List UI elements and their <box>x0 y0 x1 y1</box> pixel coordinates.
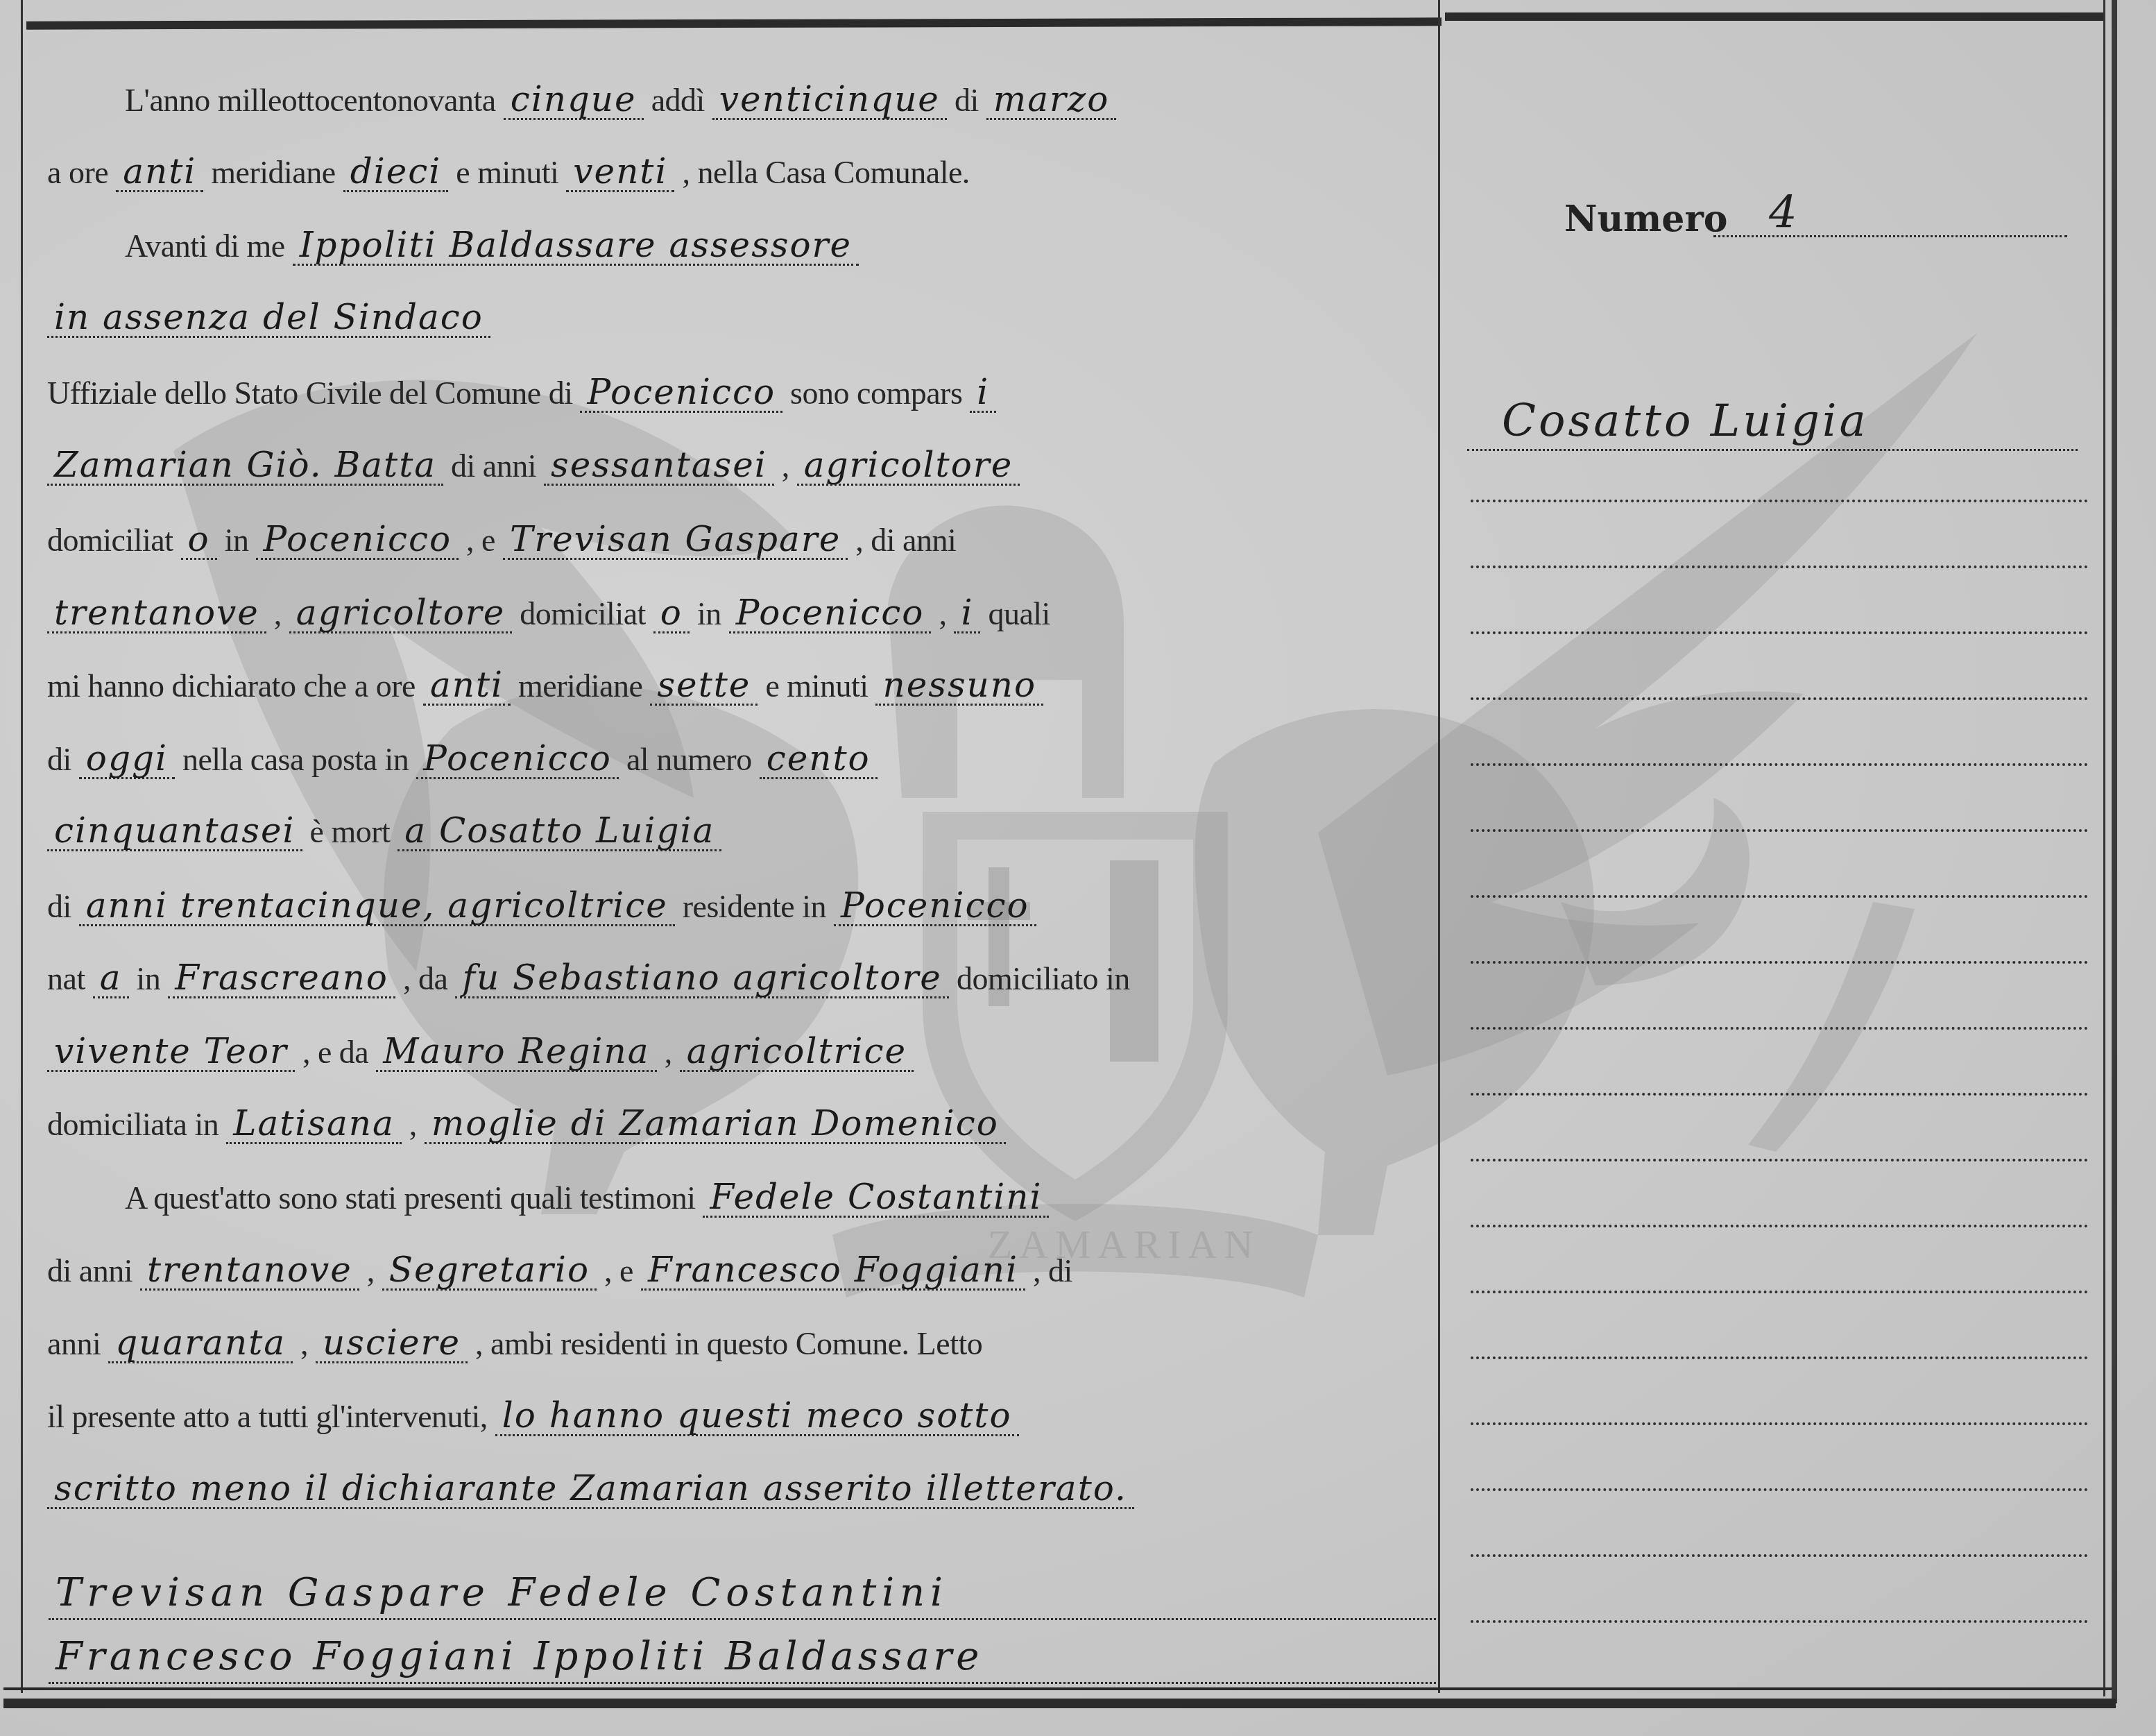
handwritten-entry: marzo <box>986 82 1117 120</box>
margin-ruled-line <box>1471 1422 2088 1425</box>
signatures-row-2: Francesco Foggiani Ippoliti Baldassare <box>49 1637 991 1678</box>
handwritten-entry: anti <box>423 667 511 706</box>
handwritten-entry: Ippoliti Baldassare assessore <box>293 228 859 266</box>
handwritten-entry: Pocenicco <box>834 888 1036 926</box>
handwritten-entry: a <box>93 960 129 998</box>
printed-text: quali <box>980 596 1050 631</box>
margin-ruled-line <box>1471 631 2088 634</box>
margin-ruled-line <box>1471 1356 2088 1359</box>
handwritten-entry: i <box>970 375 996 413</box>
printed-text: L'anno milleottocentonovanta <box>125 83 504 118</box>
handwritten-entry: scritto meno il dichiarante Zamarian ass… <box>47 1471 1134 1509</box>
printed-text: meridiane <box>511 668 650 704</box>
printed-text: Avanti di me <box>125 228 293 264</box>
printed-text: , ambi residenti in questo Comune. Letto <box>468 1326 982 1361</box>
top-rule-right <box>1445 12 2104 21</box>
handwritten-entry: anti <box>116 154 203 192</box>
printed-text: e minuti <box>448 155 566 190</box>
printed-text: , nella Casa Comunale. <box>674 155 969 190</box>
handwritten-entry: trentanove <box>140 1252 359 1291</box>
left-border <box>21 0 23 1693</box>
handwritten-entry: vivente Teor <box>47 1034 295 1072</box>
record-number: 4 <box>1713 187 2067 237</box>
handwritten-entry: moglie di Zamarian Domenico <box>425 1106 1006 1144</box>
handwritten-entry: fu Sebastiano agricoltore <box>455 960 949 998</box>
record-line: trentanove , agricoltore domiciliat o in… <box>47 595 1050 633</box>
record-line: domiciliat o in Pocenicco , e Trevisan G… <box>47 522 956 560</box>
handwritten-entry: Francesco Foggiani <box>641 1252 1025 1291</box>
handwritten-entry: Trevisan Gaspare <box>503 522 848 560</box>
numero-label: Numero <box>1564 198 1728 240</box>
margin-ruled-line <box>1471 1554 2088 1557</box>
record-line: A quest'atto sono stati presenti quali t… <box>125 1180 1049 1218</box>
printed-text: , <box>359 1253 382 1288</box>
handwritten-entry: i <box>954 595 980 633</box>
margin-ruled-line <box>1471 1093 2088 1096</box>
handwritten-entry: cento <box>760 741 878 779</box>
handwritten-entry: usciere <box>316 1325 468 1363</box>
printed-text: domiciliato in <box>949 961 1130 996</box>
margin-ruled-line <box>1471 1225 2088 1227</box>
handwritten-entry: cinquantasei <box>47 813 302 851</box>
handwritten-entry: Pocenicco <box>729 595 932 633</box>
printed-text: domiciliat <box>512 596 653 631</box>
margin-ruled-line <box>1471 1027 2088 1030</box>
printed-text: , <box>293 1326 316 1361</box>
margin-ruled-line <box>1471 1488 2088 1491</box>
bottom-rule-thick <box>3 1699 2116 1708</box>
handwritten-entry: a Cosatto Luigia <box>397 813 721 851</box>
printed-text: , di anni <box>848 522 956 558</box>
printed-text: , e <box>459 522 503 558</box>
printed-text: domiciliat <box>47 522 181 558</box>
margin-ruled-line <box>1471 829 2088 832</box>
printed-text: residente in <box>675 889 834 924</box>
printed-text: il presente atto a tutti gl'intervenuti, <box>47 1399 495 1434</box>
margin-ruled-line <box>1471 763 2088 766</box>
record-line: anni quaranta , usciere , ambi residenti… <box>47 1325 982 1363</box>
margin-ruled-line <box>1471 500 2088 502</box>
printed-text: nella casa posta in <box>175 742 416 777</box>
top-rule-left <box>26 17 1441 29</box>
printed-text: di <box>947 83 986 118</box>
record-line: in assenza del Sindaco <box>47 300 490 338</box>
record-line: vivente Teor , e da Mauro Regina , agric… <box>47 1034 914 1072</box>
handwritten-entry: o <box>181 522 217 560</box>
record-line: di anni trentanove , Segretario , e Fran… <box>47 1252 1072 1291</box>
handwritten-entry: Pocenicco <box>416 741 619 779</box>
record-line: scritto meno il dichiarante Zamarian ass… <box>47 1471 1134 1509</box>
handwritten-entry: Pocenicco <box>256 522 459 560</box>
printed-text: al numero <box>619 742 760 777</box>
scanned-page: ZAMARIAN L'anno milleottocentonovanta ci… <box>0 0 2156 1736</box>
handwritten-entry: Mauro Regina <box>376 1034 656 1072</box>
handwritten-entry: agricoltrice <box>680 1034 914 1072</box>
printed-text: in <box>690 596 729 631</box>
printed-text: di anni <box>443 448 544 484</box>
handwritten-entry: trentanove <box>47 595 266 633</box>
record-line: cinquantasei è mort a Cosatto Luigia <box>47 813 721 851</box>
printed-text: in <box>129 961 169 996</box>
printed-text: mi hanno dichiarato che a ore <box>47 668 423 704</box>
column-divider <box>1438 0 1440 1693</box>
handwritten-entry: Fedele Costantini <box>703 1180 1049 1218</box>
printed-text: , e <box>597 1253 641 1288</box>
record-line: di oggi nella casa posta in Pocenicco al… <box>47 741 878 779</box>
margin-ruled-line <box>1471 565 2088 568</box>
record-line: Zamarian Giò. Batta di anni sessantasei … <box>47 448 1020 486</box>
handwritten-entry: nessuno <box>875 667 1043 706</box>
handwritten-entry: agricoltore <box>289 595 513 633</box>
printed-text: sono compars <box>782 375 970 411</box>
printed-text: , <box>774 448 797 484</box>
handwritten-entry: agricoltore <box>797 448 1020 486</box>
handwritten-entry: Frascreano <box>168 960 395 998</box>
printed-text: a ore <box>47 155 116 190</box>
printed-text: è mort <box>302 814 398 849</box>
printed-text: anni <box>47 1326 108 1361</box>
margin-ruled-line <box>1471 1291 2088 1293</box>
printed-text: , <box>931 596 954 631</box>
record-line: L'anno milleottocentonovanta cinque addì… <box>125 82 1116 120</box>
printed-text: addì <box>644 83 712 118</box>
handwritten-entry: sette <box>650 667 758 706</box>
handwritten-entry: venticinque <box>712 82 947 120</box>
handwritten-entry: o <box>653 595 690 633</box>
printed-text: , e da <box>295 1035 376 1070</box>
printed-text: , <box>266 596 289 631</box>
record-line: mi hanno dichiarato che a ore anti merid… <box>47 667 1043 706</box>
handwritten-entry: quaranta <box>108 1325 293 1363</box>
handwritten-entry: cinque <box>504 82 644 120</box>
record-line: nat a in Frascreano , da fu Sebastiano a… <box>47 960 1130 998</box>
printed-text: e minuti <box>758 668 875 704</box>
margin-ruled-line <box>1471 697 2088 700</box>
record-line: Avanti di me Ippoliti Baldassare assesso… <box>125 228 859 266</box>
printed-text: domiciliata in <box>47 1107 226 1142</box>
printed-text: di <box>47 889 79 924</box>
printed-text: in <box>217 522 257 558</box>
record-line: Uffiziale dello Stato Civile del Comune … <box>47 375 996 413</box>
printed-text: , <box>402 1107 425 1142</box>
printed-text: , <box>657 1035 680 1070</box>
printed-text: di <box>47 742 79 777</box>
margin-ruled-line <box>1471 1620 2088 1623</box>
margin-ruled-line <box>1471 895 2088 898</box>
signatures-row-1: Trevisan Gaspare Fedele Costantini <box>49 1574 955 1614</box>
handwritten-entry: Latisana <box>226 1106 402 1144</box>
printed-text: di anni <box>47 1253 140 1288</box>
handwritten-entry: dieci <box>343 154 449 192</box>
record-line: a ore anti meridiane dieci e minuti vent… <box>47 154 970 192</box>
printed-text: meridiane <box>203 155 343 190</box>
handwritten-entry: Zamarian Giò. Batta <box>47 448 443 486</box>
handwritten-entry: venti <box>566 154 674 192</box>
signature-line-2: Francesco Foggiani Ippoliti Baldassare <box>49 1637 1436 1684</box>
right-border-outer <box>2112 0 2117 1703</box>
signature-line-1: Trevisan Gaspare Fedele Costantini <box>49 1574 1436 1620</box>
handwritten-entry: lo hanno questi meco sotto <box>495 1398 1019 1436</box>
deceased-name-margin: Cosatto Luigia <box>1467 395 2078 451</box>
printed-text: , di <box>1025 1253 1072 1288</box>
register-margin-column: Numero 4 Cosatto Luigia <box>1443 21 2105 1693</box>
handwritten-entry: anni trentacinque, agricoltrice <box>79 888 675 926</box>
handwritten-entry: Pocenicco <box>580 375 782 413</box>
printed-text: A quest'atto sono stati presenti quali t… <box>125 1180 703 1216</box>
printed-text: nat <box>47 961 93 996</box>
margin-ruled-line <box>1471 1159 2088 1161</box>
handwritten-entry: oggi <box>79 741 175 779</box>
record-line: il presente atto a tutti gl'intervenuti,… <box>47 1398 1019 1436</box>
printed-text: , da <box>395 961 455 996</box>
handwritten-entry: sessantasei <box>544 448 774 486</box>
handwritten-entry: Segretario <box>382 1252 597 1291</box>
handwritten-entry: in assenza del Sindaco <box>47 300 490 338</box>
printed-text: Uffiziale dello Stato Civile del Comune … <box>47 375 580 411</box>
margin-ruled-line <box>1471 961 2088 964</box>
record-line: domiciliata in Latisana , moglie di Zama… <box>47 1106 1006 1144</box>
record-line: di anni trentacinque, agricoltrice resid… <box>47 888 1036 926</box>
